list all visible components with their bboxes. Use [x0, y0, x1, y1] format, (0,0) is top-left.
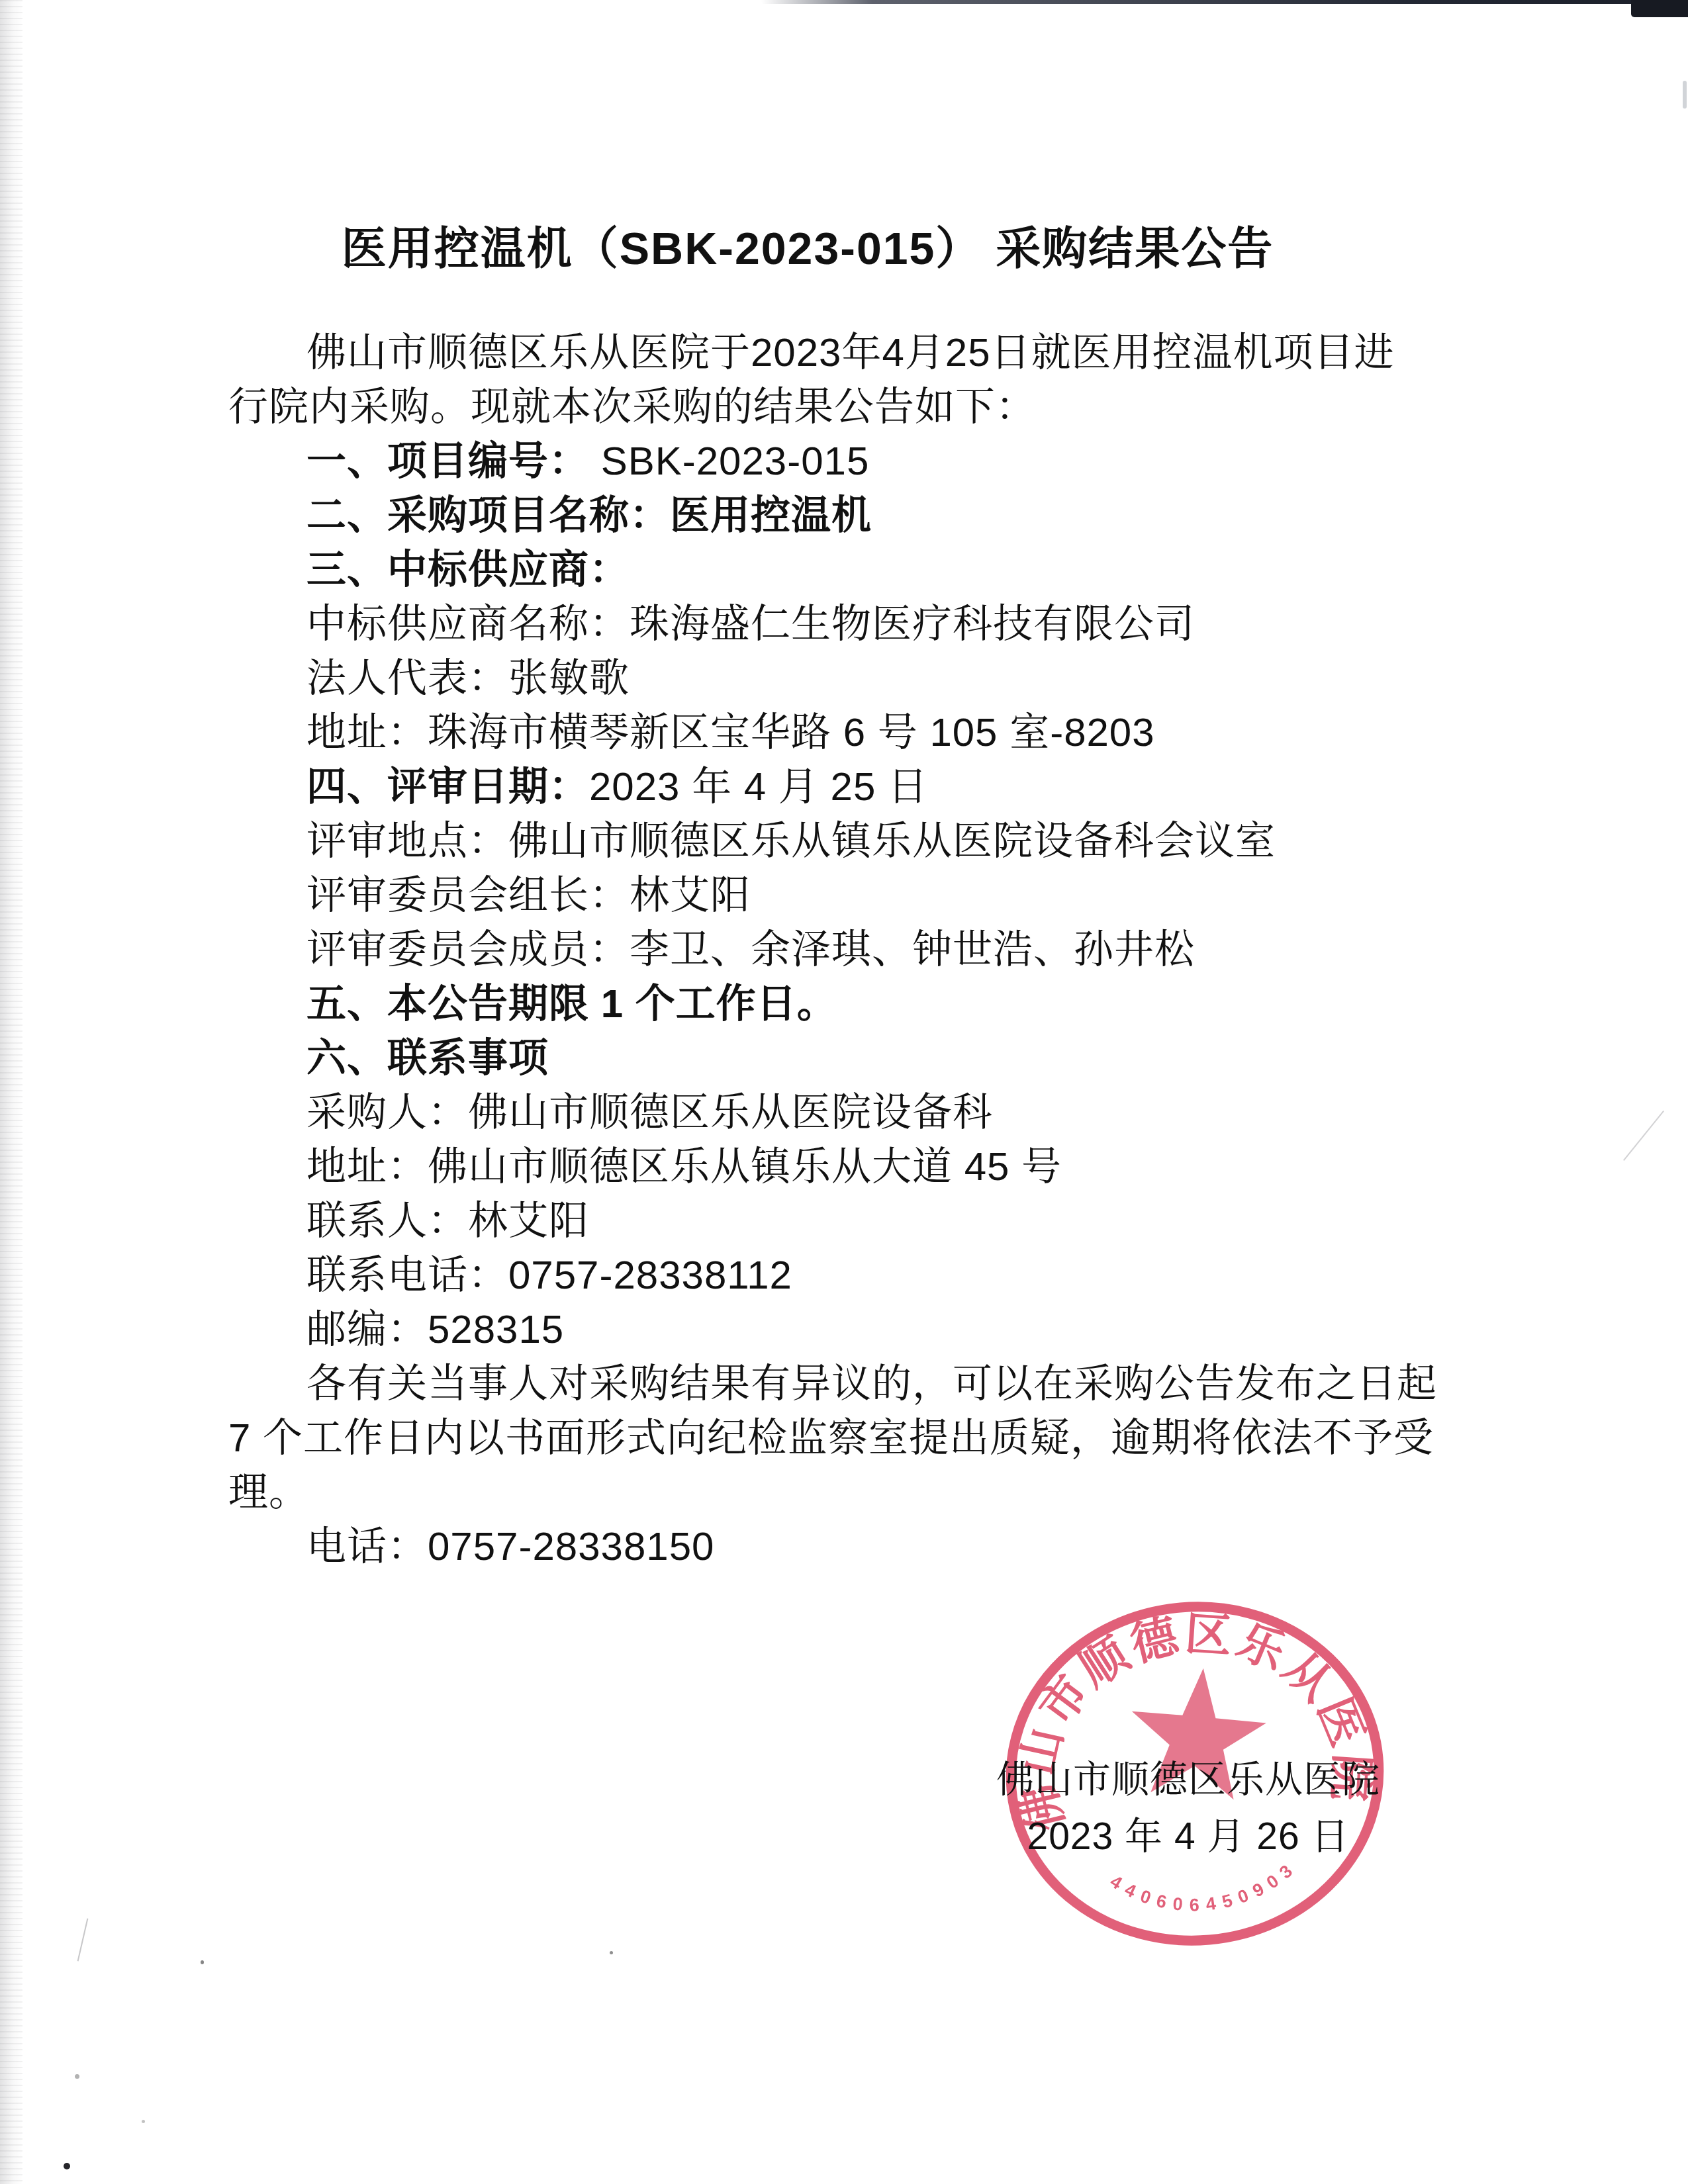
- scan-artifact-top-edge: [761, 0, 1688, 4]
- scan-artifact-left-edge: [0, 0, 23, 2184]
- line-text: 各有关当事人对采购结果有异议的，可以在采购公告发布之日起: [306, 1361, 1437, 1406]
- line-text-bold: 六、联系事项: [306, 1036, 549, 1080]
- line-text-bold: 二、采购项目名称：医用控温机: [306, 493, 872, 537]
- signature-org: 佛山市顺德区乐从医院: [963, 1751, 1413, 1808]
- line-text-bold: 五、本公告期限 1 个工作日。: [306, 981, 837, 1026]
- document-line: 评审委员会成员：李卫、余泽琪、钟世浩、孙井松: [228, 923, 1473, 977]
- document-line: 7 个工作日内以书面形式向纪检监察室提出质疑，逾期将依法不予受: [228, 1411, 1473, 1465]
- line-text: 2023 年 4 月 25 日: [589, 764, 928, 809]
- scan-hairline: [1623, 1111, 1664, 1161]
- line-text-bold: 一、项目编号：: [306, 439, 589, 483]
- line-text: 联系人：林艾阳: [306, 1199, 589, 1243]
- scan-speck: [75, 2074, 79, 2079]
- document-line: 联系电话：0757-28338112: [228, 1248, 1473, 1302]
- line-text: 地址：佛山市顺德区乐从镇乐从大道 45 号: [306, 1144, 1062, 1189]
- line-text: 电话：0757-28338150: [306, 1524, 714, 1569]
- scanned-document-page: 医用控温机（SBK-2023-015） 采购结果公告 佛山市顺德区乐从医院于20…: [0, 0, 1688, 2184]
- document-line: 联系人：林艾阳: [228, 1194, 1473, 1248]
- document-body: 佛山市顺德区乐从医院于2023年4月25日就医用控温机项目进行院内采购。现就本次…: [228, 326, 1473, 1574]
- scan-artifact-right-mark: [1683, 81, 1687, 109]
- document-line: 一、项目编号： SBK-2023-015: [228, 434, 1473, 488]
- line-text: 佛山市顺德区乐从医院于2023年4月25日就医用控温机项目进: [306, 330, 1395, 375]
- document-line: 各有关当事人对采购结果有异议的，可以在采购公告发布之日起: [228, 1357, 1473, 1411]
- document-line: 理。: [228, 1465, 1473, 1520]
- document-line: 佛山市顺德区乐从医院于2023年4月25日就医用控温机项目进: [228, 326, 1473, 380]
- scan-speck: [142, 2120, 145, 2123]
- line-text: 法人代表：张敏歌: [306, 656, 630, 700]
- document-line: 行院内采购。现就本次采购的结果公告如下：: [228, 380, 1473, 434]
- line-text: 行院内采购。现就本次采购的结果公告如下：: [228, 385, 1036, 429]
- document-line: 邮编：528315: [228, 1302, 1473, 1357]
- line-text: 评审委员会成员：李卫、余泽琪、钟世浩、孙井松: [306, 927, 1195, 972]
- line-text: 地址：珠海市横琴新区宝华路 6 号 105 室-8203: [306, 710, 1155, 754]
- document-line: 评审委员会组长：林艾阳: [228, 868, 1473, 923]
- document-line: 六、联系事项: [228, 1031, 1473, 1085]
- line-text: 理。: [228, 1470, 309, 1514]
- line-text: 联系电话：0757-28338112: [306, 1253, 792, 1297]
- line-text: 评审地点：佛山市顺德区乐从镇乐从医院设备科会议室: [306, 819, 1276, 863]
- document-line: 采购人：佛山市顺德区乐从医院设备科: [228, 1085, 1473, 1140]
- scan-hairline: [77, 1919, 89, 1962]
- document-line: 三、中标供应商：: [228, 543, 1473, 597]
- document-title: 医用控温机（SBK-2023-015） 采购结果公告: [189, 213, 1427, 277]
- document-line: 地址：佛山市顺德区乐从镇乐从大道 45 号: [228, 1140, 1473, 1194]
- scan-speck: [201, 1960, 204, 1964]
- line-text-bold: 四、评审日期：: [306, 764, 589, 809]
- line-text-bold: 三、中标供应商：: [306, 547, 630, 592]
- document-line: 地址：珠海市横琴新区宝华路 6 号 105 室-8203: [228, 705, 1473, 760]
- document-line: 中标供应商名称：珠海盛仁生物医疗科技有限公司: [228, 597, 1473, 651]
- signature-block: 佛山市顺德区乐从医院 2023 年 4 月 26 日: [963, 1751, 1413, 1865]
- line-text: 邮编：528315: [306, 1307, 564, 1351]
- line-text: 中标供应商名称：珠海盛仁生物医疗科技有限公司: [306, 602, 1195, 646]
- line-text: SBK-2023-015: [589, 439, 869, 483]
- document-line: 四、评审日期：2023 年 4 月 25 日: [228, 760, 1473, 814]
- document-line: 法人代表：张敏歌: [228, 651, 1473, 705]
- scan-artifact-corner: [1631, 0, 1688, 17]
- signature-date: 2023 年 4 月 26 日: [963, 1808, 1413, 1865]
- line-text: 7 个工作日内以书面形式向纪检监察室提出质疑，逾期将依法不予受: [228, 1416, 1434, 1460]
- scan-speck: [610, 1951, 613, 1954]
- document-line: 五、本公告期限 1 个工作日。: [228, 977, 1473, 1031]
- line-text: 采购人：佛山市顺德区乐从医院设备科: [306, 1090, 993, 1134]
- stamp-serial-number: 440606450903: [1105, 1855, 1305, 1923]
- line-text: 评审委员会组长：林艾阳: [306, 873, 751, 917]
- document-line: 二、采购项目名称：医用控温机: [228, 488, 1473, 543]
- document-line: 评审地点：佛山市顺德区乐从镇乐从医院设备科会议室: [228, 814, 1473, 868]
- scan-speck: [64, 2163, 70, 2169]
